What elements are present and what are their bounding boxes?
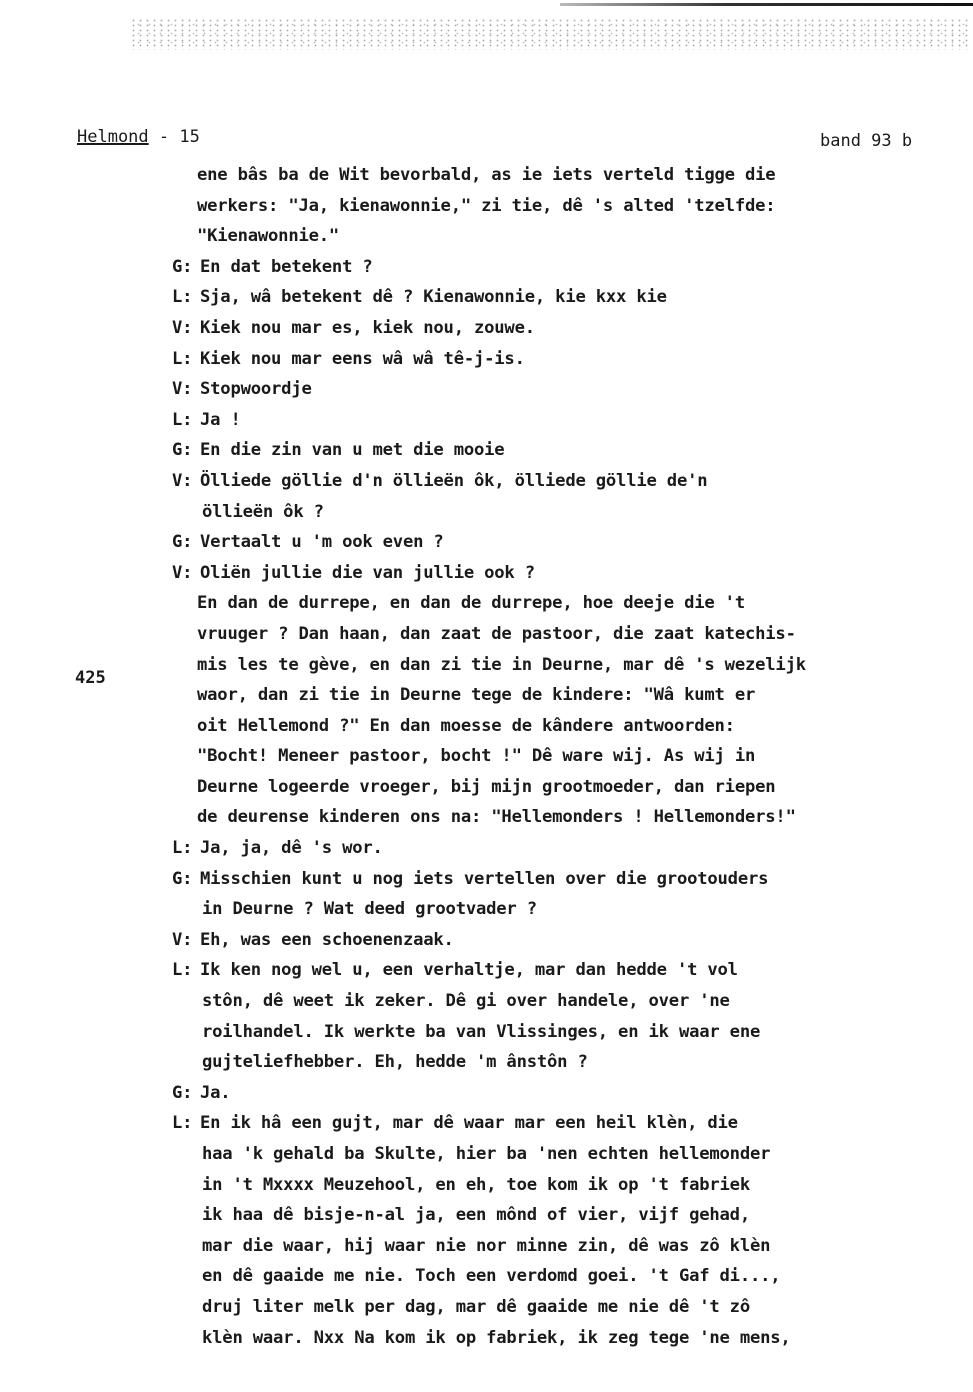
line-text: haa 'k gehald ba Skulte, hier ba 'nen ec… xyxy=(202,1144,770,1164)
transcript-body: ene bâs ba de Wit bevorbald, as ie iets … xyxy=(172,160,962,1353)
transcript-line: G:En dat betekent ? xyxy=(172,252,962,283)
transcript-line: druj liter melk per dag, mar dê gaaide m… xyxy=(172,1292,962,1323)
line-text: werkers: "Ja, kienawonnie," zi tie, dê '… xyxy=(197,196,775,216)
scan-edge-rule xyxy=(560,3,973,6)
line-text: mis les te gève, en dan zi tie in Deurne… xyxy=(197,655,806,675)
line-text: ik haa dê bisje-n-al ja, een mônd of vie… xyxy=(202,1205,750,1225)
speaker-label: V: xyxy=(172,374,200,405)
line-text: roilhandel. Ik werkte ba van Vlissinges,… xyxy=(202,1022,760,1042)
line-text: de deurense kinderen ons na: "Hellemonde… xyxy=(197,807,796,827)
line-text: Sja, wâ betekent dê ? Kienawonnie, kie k… xyxy=(200,287,667,307)
transcript-line: stôn, dê weet ik zeker. Dê gi over hande… xyxy=(172,986,962,1017)
tape-reference: band 93 b xyxy=(820,131,912,151)
speaker-label: G: xyxy=(172,527,200,558)
line-text: Eh, was een schoenenzaak. xyxy=(200,930,454,950)
line-text: stôn, dê weet ik zeker. Dê gi over hande… xyxy=(202,991,730,1011)
transcript-line: öllieën ôk ? xyxy=(172,497,962,528)
speaker-label: L: xyxy=(172,344,200,375)
transcript-line: in 't Mxxxx Meuzehool, en eh, toe kom ik… xyxy=(172,1170,962,1201)
transcript-line: ik haa dê bisje-n-al ja, een mônd of vie… xyxy=(172,1200,962,1231)
transcript-line: G:Misschien kunt u nog iets vertellen ov… xyxy=(172,864,962,895)
transcript-line: "Kienawonnie." xyxy=(172,221,962,252)
transcript-line: roilhandel. Ik werkte ba van Vlissinges,… xyxy=(172,1017,962,1048)
line-text: Ja. xyxy=(200,1083,230,1103)
speaker-label: V: xyxy=(172,558,200,589)
transcript-line: L:Kiek nou mar eens wâ wâ tê-j-is. xyxy=(172,344,962,375)
transcript-line: En dan de durrepe, en dan de durrepe, ho… xyxy=(172,588,962,619)
line-text: Kiek nou mar es, kiek nou, zouwe. xyxy=(200,318,535,338)
transcript-line: haa 'k gehald ba Skulte, hier ba 'nen ec… xyxy=(172,1139,962,1170)
transcript-line: vruuger ? Dan haan, dan zaat de pastoor,… xyxy=(172,619,962,650)
transcript-line: G:Ja. xyxy=(172,1078,962,1109)
line-text: gujteliefhebber. Eh, hedde 'm ânstôn ? xyxy=(202,1052,588,1072)
line-text: Ja ! xyxy=(200,410,241,430)
line-text: ene bâs ba de Wit bevorbald, as ie iets … xyxy=(197,165,775,185)
line-text: En ik hâ een gujt, mar dê waar mar een h… xyxy=(200,1113,738,1133)
transcript-line: oit Hellemond ?" En dan moesse de kânder… xyxy=(172,711,962,742)
transcript-line: Deurne logeerde vroeger, bij mijn grootm… xyxy=(172,772,962,803)
transcript-line: waor, dan zi tie in Deurne tege de kinde… xyxy=(172,680,962,711)
transcript-line: G:En die zin van u met die mooie xyxy=(172,435,962,466)
scan-noise xyxy=(130,18,970,50)
speaker-label: V: xyxy=(172,313,200,344)
line-text: "Kienawonnie." xyxy=(197,226,339,246)
line-text: waor, dan zi tie in Deurne tege de kinde… xyxy=(197,685,755,705)
speaker-label: L: xyxy=(172,833,200,864)
speaker-label: G: xyxy=(172,252,200,283)
transcript-line: gujteliefhebber. Eh, hedde 'm ânstôn ? xyxy=(172,1047,962,1078)
speaker-label: V: xyxy=(172,925,200,956)
speaker-label: G: xyxy=(172,1078,200,1109)
header-separator: - xyxy=(149,127,180,147)
transcript-line: L:En ik hâ een gujt, mar dê waar mar een… xyxy=(172,1108,962,1139)
transcript-line: klèn waar. Nxx Na kom ik op fabriek, ik … xyxy=(172,1323,962,1354)
line-text: druj liter melk per dag, mar dê gaaide m… xyxy=(202,1297,750,1317)
transcript-line: V:Ölliede göllie d'n öllieën ôk, ölliede… xyxy=(172,466,962,497)
line-text: vruuger ? Dan haan, dan zaat de pastoor,… xyxy=(197,624,796,644)
speaker-label: L: xyxy=(172,405,200,436)
transcript-line: in Deurne ? Wat deed grootvader ? xyxy=(172,894,962,925)
transcript-line: en dê gaaide me nie. Toch een verdomd go… xyxy=(172,1261,962,1292)
line-text: Stopwoordje xyxy=(200,379,312,399)
line-text: En dat betekent ? xyxy=(200,257,373,277)
line-text: in 't Mxxxx Meuzehool, en eh, toe kom ik… xyxy=(202,1175,750,1195)
transcript-line: G:Vertaalt u 'm ook even ? xyxy=(172,527,962,558)
line-text: oit Hellemond ?" En dan moesse de kânder… xyxy=(197,716,735,736)
transcript-line: mis les te gève, en dan zi tie in Deurne… xyxy=(172,650,962,681)
line-text: Oliën jullie die van jullie ook ? xyxy=(200,563,535,583)
line-text: öllieën ôk ? xyxy=(202,502,324,522)
line-text: "Bocht! Meneer pastoor, bocht !" Dê ware… xyxy=(197,746,755,766)
line-text: En die zin van u met die mooie xyxy=(200,440,504,460)
transcript-line: ene bâs ba de Wit bevorbald, as ie iets … xyxy=(172,160,962,191)
transcript-line: L:Ik ken nog wel u, een verhaltje, mar d… xyxy=(172,955,962,986)
margin-counter: 425 xyxy=(75,668,106,688)
speaker-label: L: xyxy=(172,282,200,313)
line-text: Ik ken nog wel u, een verhaltje, mar dan… xyxy=(200,960,738,980)
speaker-label: L: xyxy=(172,955,200,986)
page-header-left: Helmond - 15 xyxy=(77,127,200,147)
transcript-line: de deurense kinderen ons na: "Hellemonde… xyxy=(172,802,962,833)
line-text: Vertaalt u 'm ook even ? xyxy=(200,532,444,552)
speaker-label: L: xyxy=(172,1108,200,1139)
transcript-line: L:Sja, wâ betekent dê ? Kienawonnie, kie… xyxy=(172,282,962,313)
line-text: En dan de durrepe, en dan de durrepe, ho… xyxy=(197,593,745,613)
line-text: Misschien kunt u nog iets vertellen over… xyxy=(200,869,768,889)
transcript-line: V:Kiek nou mar es, kiek nou, zouwe. xyxy=(172,313,962,344)
transcript-line: V:Eh, was een schoenenzaak. xyxy=(172,925,962,956)
transcript-line: werkers: "Ja, kienawonnie," zi tie, dê '… xyxy=(172,191,962,222)
line-text: in Deurne ? Wat deed grootvader ? xyxy=(202,899,537,919)
speaker-label: G: xyxy=(172,435,200,466)
speaker-label: V: xyxy=(172,466,200,497)
line-text: Ölliede göllie d'n öllieën ôk, ölliede g… xyxy=(200,471,707,491)
line-text: klèn waar. Nxx Na kom ik op fabriek, ik … xyxy=(202,1328,791,1348)
page-number: 15 xyxy=(179,127,199,147)
transcript-line: V:Oliën jullie die van jullie ook ? xyxy=(172,558,962,589)
transcript-line: L:Ja, ja, dê 's wor. xyxy=(172,833,962,864)
line-text: en dê gaaide me nie. Toch een verdomd go… xyxy=(202,1266,780,1286)
line-text: Ja, ja, dê 's wor. xyxy=(200,838,383,858)
line-text: Deurne logeerde vroeger, bij mijn grootm… xyxy=(197,777,775,797)
speaker-label: G: xyxy=(172,864,200,895)
transcript-line: V:Stopwoordje xyxy=(172,374,962,405)
transcript-line: "Bocht! Meneer pastoor, bocht !" Dê ware… xyxy=(172,741,962,772)
line-text: mar die waar, hij waar nie nor minne zin… xyxy=(202,1236,770,1256)
transcript-line: L:Ja ! xyxy=(172,405,962,436)
place-name: Helmond xyxy=(77,127,149,147)
transcript-line: mar die waar, hij waar nie nor minne zin… xyxy=(172,1231,962,1262)
line-text: Kiek nou mar eens wâ wâ tê-j-is. xyxy=(200,349,525,369)
